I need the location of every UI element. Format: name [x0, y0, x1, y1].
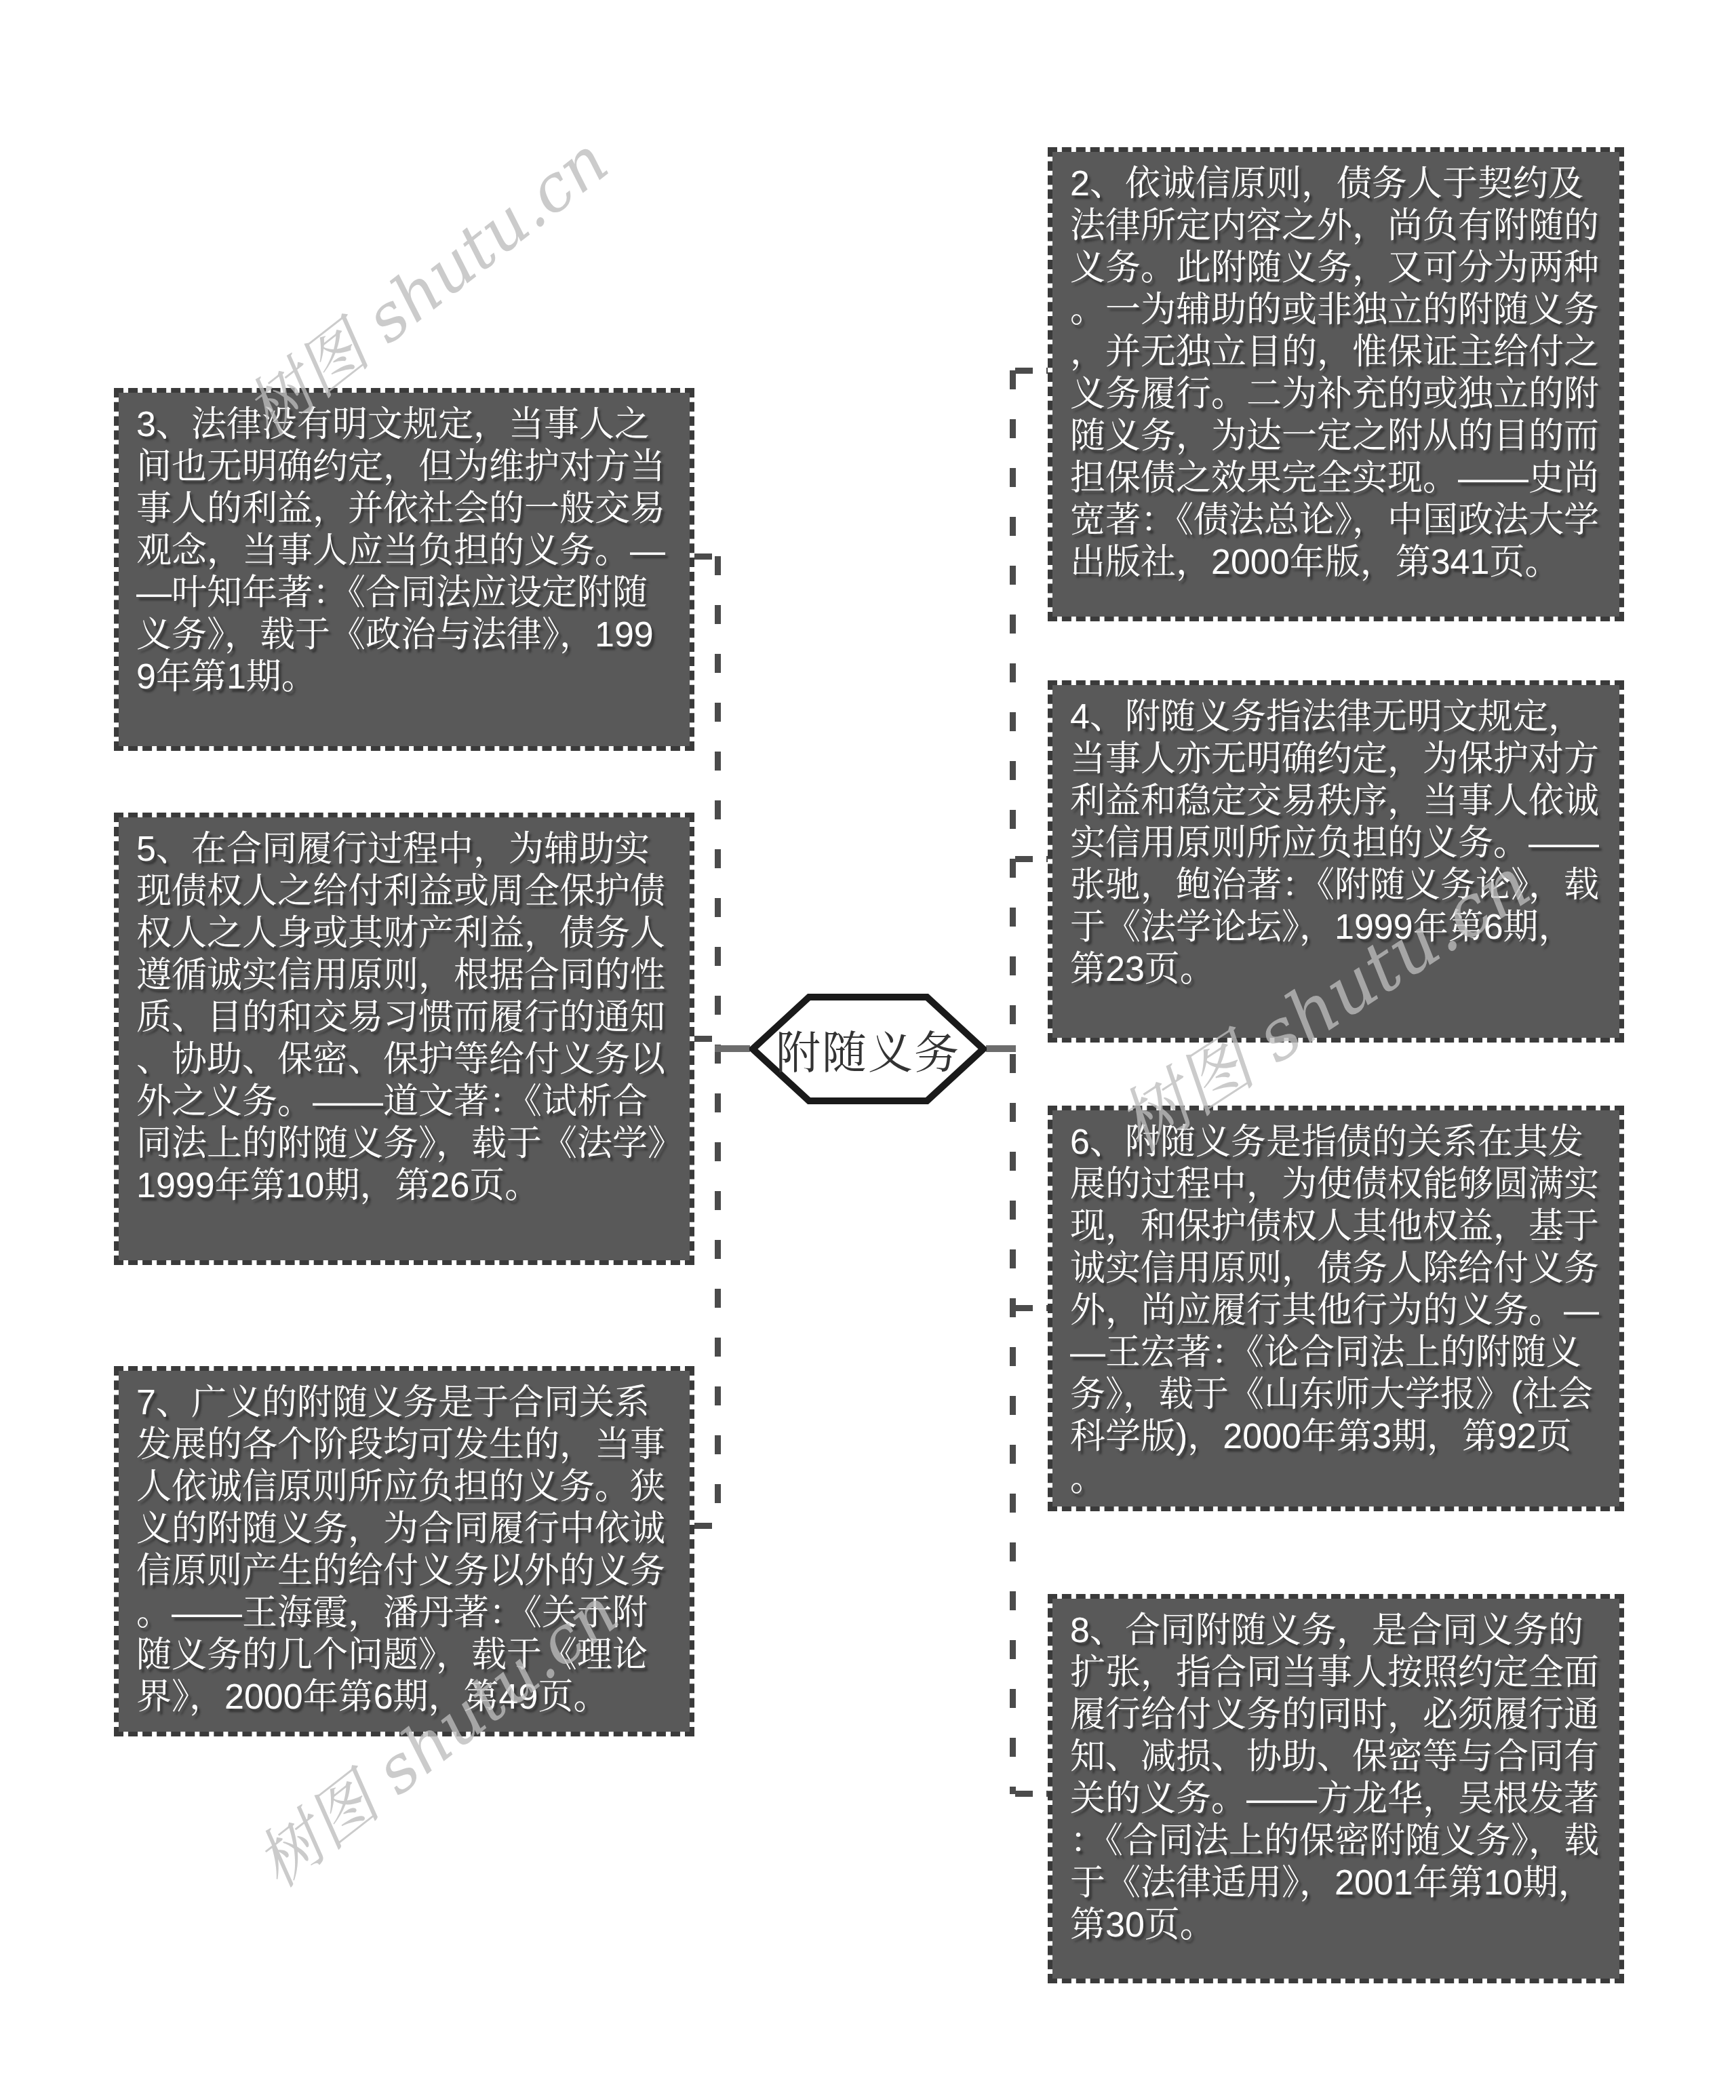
note-box-4-text: 4、附随义务指法律无明文规定，当事人亦无明确约定，为保护对方利益和稳定交易秩序，… [1070, 697, 1599, 989]
note-box-6-text: 6、附随义务是指债的关系在其发展的过程中，为使债权能够圆满实现，和保护债权人其他… [1070, 1123, 1599, 1498]
connector-stub-node-7 [694, 1523, 716, 1529]
mindmap-canvas: 2、依诚信原则，债务人于契约及法律所定内容之外，尚负有附随的义务。此附随义务，又… [0, 0, 1736, 2100]
note-box-7-text: 7、广义的附随义务是于合同关系发展的各个阶段均可发生的，当事人依诚信原则所应负担… [136, 1383, 665, 1717]
note-box-5-text: 5、在合同履行过程中，为辅助实现债权人之给付利益或周全保护债权人之人身或其财产利… [136, 830, 665, 1205]
note-box-7[interactable]: 7、广义的附随义务是于合同关系发展的各个阶段均可发生的，当事人依诚信原则所应负担… [114, 1366, 694, 1736]
connector-trunk-right [1010, 370, 1016, 1794]
note-box-4[interactable]: 4、附随义务指法律无明文规定，当事人亦无明确约定，为保护对方利益和稳定交易秩序，… [1048, 680, 1624, 1043]
note-box-3-text: 3、法律没有明文规定，当事人之间也无明确约定，但为维护对方当事人的利益，并依社会… [136, 405, 665, 697]
connector-stub-node-6 [1015, 1305, 1048, 1311]
connector-stub-node-4 [1015, 856, 1048, 862]
connector-stub-node-8 [1015, 1791, 1048, 1797]
note-box-3[interactable]: 3、法律没有明文规定，当事人之间也无明确约定，但为维护对方当事人的利益，并依社会… [114, 388, 694, 751]
connector-stub-node-3 [694, 553, 716, 560]
note-box-6[interactable]: 6、附随义务是指债的关系在其发展的过程中，为使债权能够圆满实现，和保护债权人其他… [1048, 1106, 1624, 1511]
connector-trunk-left [715, 556, 721, 1529]
center-node-label: 附随义务 [749, 992, 987, 1106]
connector-stub-node-2 [1015, 368, 1048, 374]
note-box-2-text: 2、依诚信原则，债务人于契约及法律所定内容之外，尚负有附随的义务。此附随义务，又… [1070, 164, 1599, 582]
connector-stub-node-5 [694, 1036, 716, 1042]
connector-hexagon-right [986, 1045, 1016, 1052]
note-box-8[interactable]: 8、合同附随义务，是合同义务的扩张，指合同当事人按照约定全面履行给付义务的同时，… [1048, 1594, 1624, 1983]
center-node-hexagon[interactable]: 附随义务 [749, 992, 987, 1106]
connector-hexagon-left [715, 1045, 750, 1052]
note-box-8-text: 8、合同附随义务，是合同义务的扩张，指合同当事人按照约定全面履行给付义务的同时，… [1070, 1611, 1599, 1945]
note-box-2[interactable]: 2、依诚信原则，债务人于契约及法律所定内容之外，尚负有附随的义务。此附随义务，又… [1048, 147, 1624, 621]
note-box-5[interactable]: 5、在合同履行过程中，为辅助实现债权人之给付利益或周全保护债权人之人身或其财产利… [114, 813, 694, 1265]
